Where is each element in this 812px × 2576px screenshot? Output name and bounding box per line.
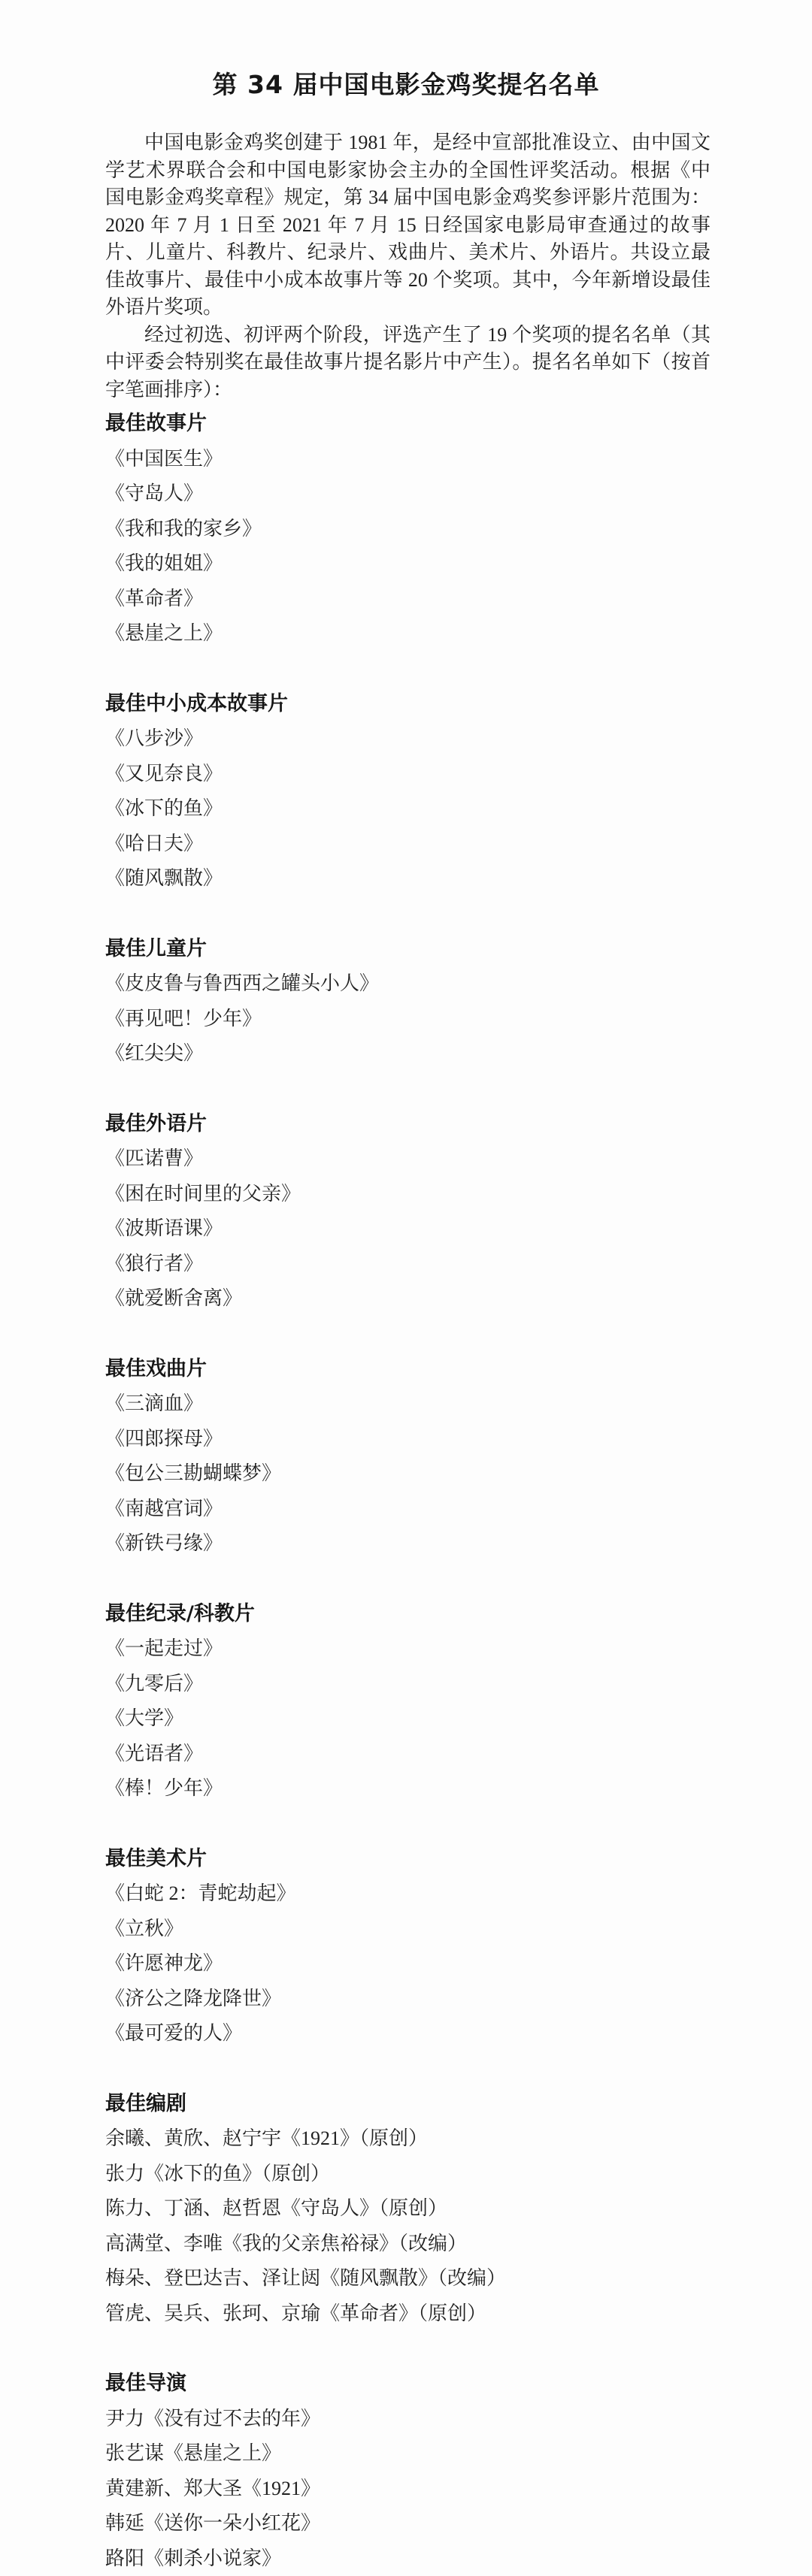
section-items: 《一起走过》《九零后》《大学》《光语者》《棒！少年》	[105, 1631, 710, 1807]
section-heading: 最佳外语片	[105, 1107, 710, 1142]
film-entry: 《又见奈良》	[105, 757, 710, 792]
section-items: 尹力《没有过不去的年》张艺谋《悬崖之上》黄建新、郑大圣《1921》韩延《送你一朵…	[105, 2402, 710, 2576]
section-items: 《匹诺曹》《困在时间里的父亲》《波斯语课》《狼行者》《就爱断舍离》	[105, 1141, 710, 1317]
film-entry: 张力《冰下的鱼》（原创）	[105, 2157, 710, 2192]
film-entry: 黄建新、郑大圣《1921》	[105, 2472, 710, 2507]
film-entry: 《包公三勘蝴蝶梦》	[105, 1456, 710, 1492]
film-entry: 《哈日夫》	[105, 827, 710, 862]
film-entry: 《就爱断舍离》	[105, 1281, 710, 1317]
film-entry: 《八步沙》	[105, 721, 710, 757]
film-entry: 《狼行者》	[105, 1247, 710, 1282]
film-entry: 尹力《没有过不去的年》	[105, 2402, 710, 2437]
award-section: 最佳纪录/科教片 《一起走过》《九零后》《大学》《光语者》《棒！少年》	[105, 1597, 710, 1807]
section-items: 《八步沙》《又见奈良》《冰下的鱼》《哈日夫》《随风飘散》	[105, 721, 710, 896]
film-entry: 《悬崖之上》	[105, 616, 710, 652]
film-entry: 《南越宫词》	[105, 1492, 710, 1527]
award-section: 最佳导演 尹力《没有过不去的年》张艺谋《悬崖之上》黄建新、郑大圣《1921》韩延…	[105, 2366, 710, 2576]
film-entry: 《新铁弓缘》	[105, 1526, 710, 1562]
film-entry: 《一起走过》	[105, 1631, 710, 1667]
film-entry: 路阳《刺杀小说家》	[105, 2541, 710, 2576]
film-entry: 《皮皮鲁与鲁西西之罐头小人》	[105, 966, 710, 1002]
section-heading: 最佳导演	[105, 2366, 710, 2402]
film-entry: 《光语者》	[105, 1737, 710, 1772]
film-entry: 《革命者》	[105, 582, 710, 617]
film-entry: 《守岛人》	[105, 476, 710, 512]
award-section: 最佳美术片 《白蛇 2：青蛇劫起》《立秋》《许愿神龙》《济公之降龙降世》《最可爱…	[105, 1842, 710, 2051]
section-heading: 最佳美术片	[105, 1842, 710, 1877]
award-section: 最佳中小成本故事片 《八步沙》《又见奈良》《冰下的鱼》《哈日夫》《随风飘散》	[105, 687, 710, 896]
film-entry: 韩延《送你一朵小红花》	[105, 2506, 710, 2541]
film-entry: 《棒！少年》	[105, 1771, 710, 1807]
section-heading: 最佳故事片	[105, 407, 710, 442]
sections: 最佳故事片 《中国医生》《守岛人》《我和我的家乡》《我的姐姐》《革命者》《悬崖之…	[105, 407, 710, 2576]
film-entry: 《三滴血》	[105, 1386, 710, 1422]
film-entry: 《许愿神龙》	[105, 1946, 710, 1982]
film-entry: 管虎、吴兵、张珂、京瑜《革命者》（原创）	[105, 2296, 710, 2332]
intro-paragraph-2: 经过初选、初评两个阶段，评选产生了 19 个奖项的提名名单（其中评委会特别奖在最…	[105, 322, 710, 404]
film-entry: 《立秋》	[105, 1912, 710, 1947]
film-entry: 《匹诺曹》	[105, 1141, 710, 1177]
page-title: 第 34 届中国电影金鸡奖提名名单	[0, 0, 812, 104]
award-section: 最佳外语片 《匹诺曹》《困在时间里的父亲》《波斯语课》《狼行者》《就爱断舍离》	[105, 1107, 710, 1317]
section-items: 《皮皮鲁与鲁西西之罐头小人》《再见吧！少年》《红尖尖》	[105, 966, 710, 1072]
film-entry: 余曦、黄欣、赵宁宇《1921》（原创）	[105, 2121, 710, 2157]
film-entry: 《我的姐姐》	[105, 546, 710, 582]
document-body: 中国电影金鸡奖创建于 1981 年，是经中宣部批准设立、由中国文学艺术界联合会和…	[105, 129, 710, 2576]
film-entry: 《济公之降龙降世》	[105, 1982, 710, 2017]
film-entry: 《大学》	[105, 1701, 710, 1737]
film-entry: 高满堂、李唯《我的父亲焦裕禄》（改编）	[105, 2227, 710, 2262]
document-page: 第 34 届中国电影金鸡奖提名名单 中国电影金鸡奖创建于 1981 年，是经中宣…	[0, 0, 812, 2576]
section-heading: 最佳编剧	[105, 2087, 710, 2122]
section-heading: 最佳中小成本故事片	[105, 687, 710, 722]
award-section: 最佳儿童片 《皮皮鲁与鲁西西之罐头小人》《再见吧！少年》《红尖尖》	[105, 932, 710, 1072]
film-entry: 《随风飘散》	[105, 861, 710, 896]
film-entry: 陈力、丁涵、赵哲恩《守岛人》（原创）	[105, 2191, 710, 2227]
film-entry: 《红尖尖》	[105, 1036, 710, 1072]
section-items: 《白蛇 2：青蛇劫起》《立秋》《许愿神龙》《济公之降龙降世》《最可爱的人》	[105, 1876, 710, 2051]
film-entry: 《波斯语课》	[105, 1211, 710, 1247]
section-heading: 最佳儿童片	[105, 932, 710, 967]
section-heading: 最佳戏曲片	[105, 1352, 710, 1387]
section-items: 余曦、黄欣、赵宁宇《1921》（原创）张力《冰下的鱼》（原创）陈力、丁涵、赵哲恩…	[105, 2121, 710, 2331]
intro-paragraph-1: 中国电影金鸡奖创建于 1981 年，是经中宣部批准设立、由中国文学艺术界联合会和…	[105, 129, 710, 322]
award-section: 最佳戏曲片 《三滴血》《四郎探母》《包公三勘蝴蝶梦》《南越宫词》《新铁弓缘》	[105, 1352, 710, 1562]
film-entry: 梅朵、登巴达吉、泽让闼《随风飘散》（改编）	[105, 2261, 710, 2296]
section-items: 《中国医生》《守岛人》《我和我的家乡》《我的姐姐》《革命者》《悬崖之上》	[105, 442, 710, 652]
film-entry: 《最可爱的人》	[105, 2016, 710, 2051]
film-entry: 《冰下的鱼》	[105, 791, 710, 827]
film-entry: 《白蛇 2：青蛇劫起》	[105, 1876, 710, 1912]
award-section: 最佳编剧 余曦、黄欣、赵宁宇《1921》（原创）张力《冰下的鱼》（原创）陈力、丁…	[105, 2087, 710, 2332]
film-entry: 《四郎探母》	[105, 1422, 710, 1457]
film-entry: 《中国医生》	[105, 442, 710, 477]
film-entry: 《再见吧！少年》	[105, 1002, 710, 1037]
section-items: 《三滴血》《四郎探母》《包公三勘蝴蝶梦》《南越宫词》《新铁弓缘》	[105, 1386, 710, 1562]
film-entry: 《困在时间里的父亲》	[105, 1177, 710, 1212]
film-entry: 张艺谋《悬崖之上》	[105, 2436, 710, 2472]
award-section: 最佳故事片 《中国医生》《守岛人》《我和我的家乡》《我的姐姐》《革命者》《悬崖之…	[105, 407, 710, 652]
section-heading: 最佳纪录/科教片	[105, 1597, 710, 1632]
film-entry: 《九零后》	[105, 1667, 710, 1702]
film-entry: 《我和我的家乡》	[105, 512, 710, 547]
